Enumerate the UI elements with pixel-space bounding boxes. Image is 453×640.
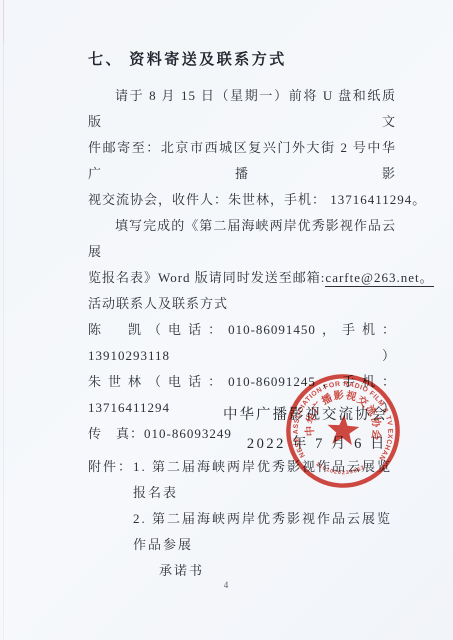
paragraph-line: 请于 8 月 15 日（星期一）前将 U 盘和纸质版文 — [88, 83, 396, 135]
contact-header: 活动联系人及联系方式 — [88, 291, 396, 317]
letter-body: 七、 资料寄送及联系方式 请于 8 月 15 日（星期一）前将 U 盘和纸质版文… — [88, 47, 396, 584]
seal-star-icon — [326, 413, 360, 445]
scan-artifact-line — [3, 0, 4, 640]
paragraph-line: 填写完成的《第二届海峡两岸优秀影视作品云展 — [88, 213, 396, 265]
attachment-item: 2. 第二届海峡两岸优秀影视作品云展览作品参展 — [133, 506, 396, 558]
seal-serial-number: 1101020233862 — [314, 461, 367, 478]
official-seal-stamp: CHINESE ASSOCIATION FOR RADIO FILM & TV … — [280, 368, 406, 494]
attachments-label: 附件： — [88, 454, 133, 584]
scanned-letter-page: 七、 资料寄送及联系方式 请于 8 月 15 日（星期一）前将 U 盘和纸质版文… — [0, 0, 453, 640]
seal-english-ring-text: CHINESE ASSOCIATION FOR RADIO FILM & TV … — [280, 368, 398, 465]
contact-line: 陈 凯（电话：010-86091450，手机：13910293118） — [88, 317, 396, 369]
email-text: carfte@263.net。 — [325, 270, 433, 287]
paragraph-line: 视交流协会，收件人：朱世林，手机： 13716411294。 — [88, 187, 396, 213]
section-heading: 七、 资料寄送及联系方式 — [88, 47, 396, 73]
paragraph-line: 件邮寄至：北京市西城区复兴门外大街 2 号中华广播影 — [88, 135, 396, 187]
page-number: 4 — [0, 580, 453, 590]
paragraph-text: 览报名表》Word 版请同时发送至邮箱: — [88, 270, 325, 285]
paragraph-line: 览报名表》Word 版请同时发送至邮箱:carfte@263.net。 — [88, 265, 396, 291]
